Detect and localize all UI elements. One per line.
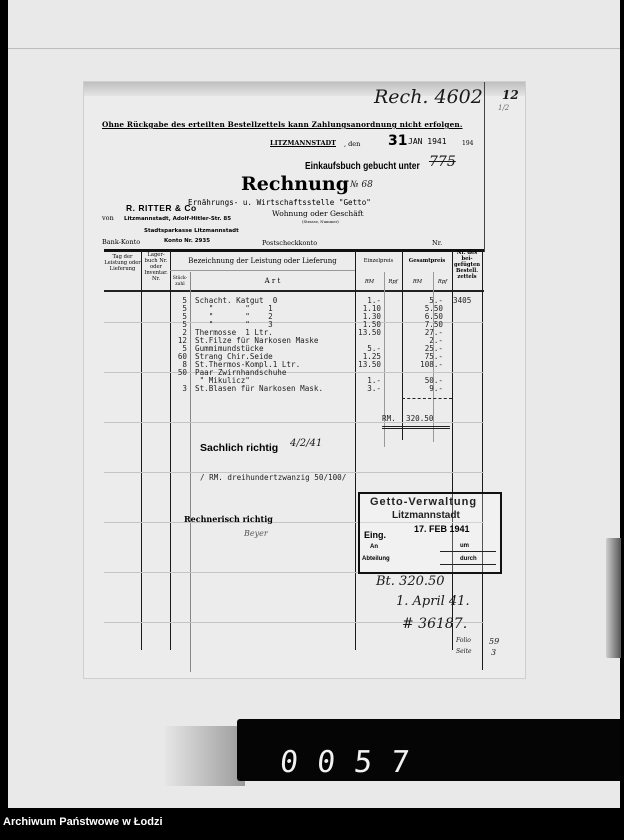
bank-name: Stadtsparkasse Litzmannstadt [144,228,239,234]
right-margin-rule [484,82,485,252]
row-total: 9.- [402,384,443,393]
residence-label: Wohnung oder Geschäft [272,209,364,218]
bank-account: Konto Nr. 2935 [164,238,210,244]
receipt-stamp: Getto-Verwaltung Litzmannstadt Eing. 17.… [358,492,502,574]
ledger-label: Einkaufsbuch gebucht unter [305,161,420,172]
archive-name: Archiwum Państwowe w Łodzi [3,816,163,828]
paid-reference: # 36187. [402,616,467,632]
signature: Beyer [244,529,268,538]
den-label: , den [344,140,360,148]
col-divider-1 [141,250,142,650]
row-unit: 13.50 [354,328,381,337]
stamp-durch-label: durch [460,556,477,562]
sum-value: 320.50 [406,414,433,423]
row-order: 3405 [453,296,471,305]
stamp-date: 17. FEB 1941 [414,524,470,534]
film-shadow [165,726,245,786]
header-total-price: Gesamtpreis [402,258,452,264]
stamp-um-label: um [460,543,469,549]
frame-counter: 0057 [278,745,430,780]
col-divider-8 [452,250,453,650]
header-day: Tag der Leistung oder Lieferung [104,254,141,272]
header-unit-rpf: Rpf [384,279,402,285]
stamp-abteilung-label: Abteilung [362,556,390,562]
recipient: Ernährungs- u. Wirtschaftsstelle "Getto" [188,198,371,207]
stamp-an-label: An [370,544,378,550]
folio-label-2: Seite [456,648,472,655]
header-total-rm: RM [402,279,433,285]
ruling [104,372,484,373]
stamp-rule [440,564,496,565]
header-qty: Stück-zahl [170,276,190,288]
header-order-no: Nr. des bei-gefügten Bestell. zettels [452,250,482,280]
residence-sublabel: (Strasse, Nummer) [302,219,339,224]
invoice-number-annotation: № 68 [350,180,373,190]
invoice-title: Rechnung [241,173,349,195]
sum-label: RM. [382,414,396,423]
invoice-sheet: Rech. 4602 12 1/2 Ohne Rückgabe des erte… [84,82,525,678]
verified-stamp: Sachlich richtig [200,442,278,454]
ledger-value: 775 [429,154,456,170]
stamp-line-2: Litzmannstadt [392,510,460,521]
scan-guide-line [8,48,620,49]
handwritten-corner-number: 12 [502,88,519,102]
verified-date: 4/2/41 [290,438,322,449]
row-total: 108.- [402,360,443,369]
from-label: von [102,214,114,222]
subtotal-dashed-rule [402,398,452,399]
postal-label: Postscheckkonto [262,239,317,247]
date-stamp-day: 31 [388,133,407,149]
stamp-rule [440,551,496,552]
row-qty: 3 [170,384,187,393]
vendor-address: Litzmannstadt, Adolf-Hitler-Str. 85 [124,216,231,222]
desc-subrule [170,270,355,271]
handwritten-corner-sub: 1/2 [498,104,509,112]
handwritten-reference: Rech. 4602 [374,86,483,108]
row-unit: 3.- [354,384,381,393]
paid-date: 1. April 41. [396,594,470,609]
year-prefix: 194 [462,140,473,147]
stamp-line-1: Getto-Verwaltung [370,496,477,508]
table-header-rule [104,290,484,292]
paid-amount: Bt. 320.50 [376,574,445,589]
folio-value-1: 59 [489,637,499,646]
row-qty: 50 [170,368,187,377]
accounting-stamp: Rechnerisch richtig [184,514,273,524]
city: LITZMANNSTADT [270,139,336,147]
sum-double-rule [382,426,450,429]
vendor-name: R. RITTER & Co [126,203,197,213]
header-total-rpf: Rpf [433,279,452,285]
bank-label: Bank-Konto [102,238,140,246]
amount-in-words: / RM. dreihundertzwanzig 50/100/ [200,473,346,482]
header-unit-price: Einzelpreis [355,258,402,264]
nr-label: Nr. [432,239,442,247]
row-item: St.Blasen für Narkosen Mask. [195,384,323,393]
stamp-eing-label: Eing. [364,530,386,540]
col-divider-9 [482,250,483,670]
folio-value-2: 3 [491,648,496,657]
header-description: Bezeichnung der Leistung oder Lieferung [170,258,355,264]
header-ledger: Lager-buch Nr. oder Inventar. Nr. [142,252,170,282]
header-art: A r t [190,278,355,284]
return-notice: Ohne Rückgabe des erteilten Bestellzette… [102,120,463,129]
row-unit: 13.50 [354,360,381,369]
film-edge-strip [606,538,621,658]
header-unit-rm: RM [355,279,384,285]
date-stamp-month-year: JAN 1941 [408,137,447,146]
folio-label-1: Folio [456,637,471,644]
